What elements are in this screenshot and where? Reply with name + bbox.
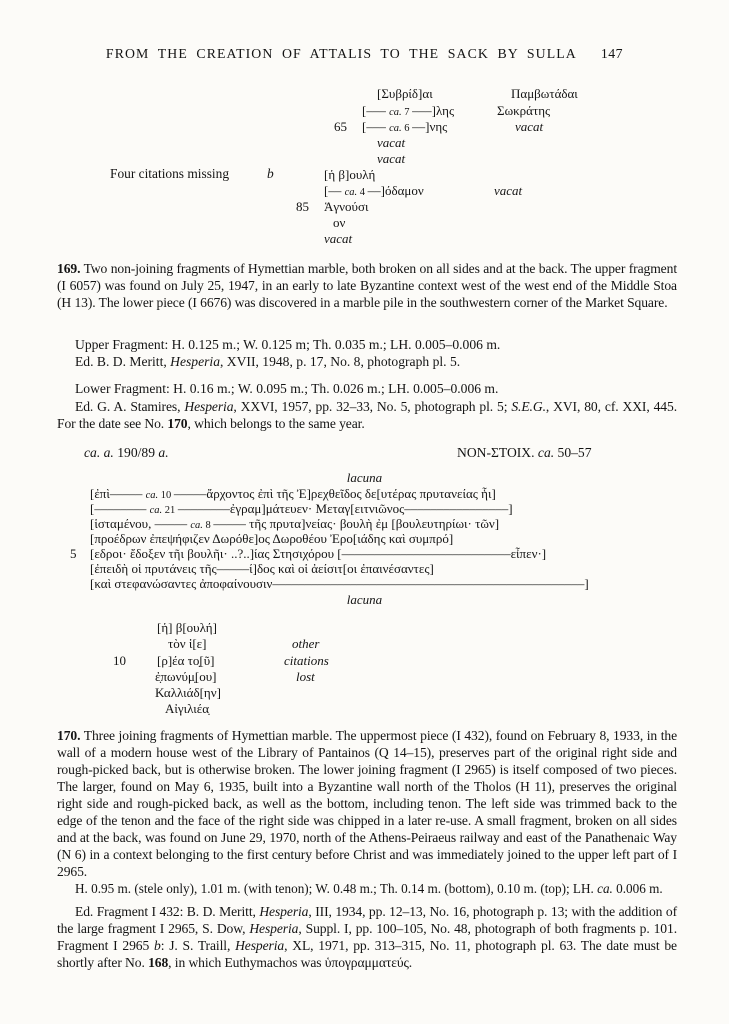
line-number: 85 (296, 199, 309, 215)
inscription-line: [–––––––– ca. 21 ––––––––ἐγραμ]μάτευεν· … (90, 501, 513, 517)
entry-number: 170. (57, 728, 80, 743)
citations-missing-note: Four citations missing (110, 166, 229, 182)
upper-fragment-edition: Ed. B. D. Meritt, Hesperia, XVII, 1948, … (75, 354, 460, 370)
ca-label: ca. (345, 187, 358, 198)
greek-citation: Αἰγιλιέα̣ (165, 701, 209, 717)
page-title: FROM THE CREATION OF ATTALIS TO THE SACK… (106, 46, 577, 61)
greek-citation: ον (333, 215, 345, 231)
greek-citation: [ἡ β]ουλή (324, 167, 375, 183)
greek-citation: [–– ca. 4 ––]όδαμον (324, 183, 424, 199)
vacat-label: vacat (515, 119, 543, 135)
citations-lost-note: other (292, 636, 319, 652)
line-number: 10 (113, 653, 126, 669)
fragment-letter: b (154, 938, 161, 953)
entry-reference: 170 (167, 416, 187, 431)
lower-fragment-dimensions: Lower Fragment: H. 0.16 m.; W. 0.095 m.;… (75, 381, 498, 397)
journal-title: Hesperia (259, 904, 308, 919)
entry-reference: 168 (148, 955, 168, 970)
running-head: FROM THE CREATION OF ATTALIS TO THE SACK… (0, 46, 729, 62)
ca-label: ca. (190, 520, 203, 531)
ca-label: ca. (150, 505, 163, 516)
entry-number: 169. (57, 261, 80, 276)
greek-citation: Παμβωτάδαι (511, 86, 578, 102)
greek-citation: [ρ]έα το̣[ῦ] (157, 653, 214, 669)
inscription-line: [καὶ στεφανώσαντες ἀποφαίνουσιν–––––––––… (90, 576, 589, 592)
vacat-label: vacat (377, 151, 405, 167)
greek-citation: [––– ca. 6 ––]νης (362, 119, 447, 135)
stoichedon-note: ΝΟΝ-ΣΤΟΙΧ. ca. 50–57 (457, 445, 592, 461)
greek-citation: Σωκράτης (497, 103, 550, 119)
seg-abbreviation: S.E.G. (511, 399, 546, 414)
page-number: 147 (601, 46, 623, 61)
citations-lost-note: citations (284, 653, 329, 669)
ca-label: ca. (389, 123, 402, 134)
entry-170-edition: Ed. Fragment I 432: B. D. Meritt, Hesper… (57, 903, 677, 971)
lacuna-label: lacuna (0, 592, 729, 608)
greek-citation: [ἡ] β[ουλή] (157, 620, 217, 636)
journal-title: Hesperia (170, 354, 220, 369)
fragment-letter: b (267, 166, 274, 182)
document-page: FROM THE CREATION OF ATTALIS TO THE SACK… (0, 0, 729, 1024)
greek-citation: [Συβρίδ]αι (377, 86, 433, 102)
vacat-label: vacat (377, 135, 405, 151)
greek-citation: τὸν ἱ[ε] (168, 636, 206, 652)
inscription-line: [ἐπειδὴ οἱ πρυτάνεις τῆς–––––ί]δος καὶ ο… (90, 561, 434, 577)
entry-169-paragraph: 169. Two non-joining fragments of Hymett… (57, 260, 677, 311)
line-number: 65 (334, 119, 347, 135)
lower-fragment-edition: Ed. G. A. Stamires, Hesperia, XXVI, 1957… (57, 398, 677, 432)
upper-fragment-dimensions: Upper Fragment: H. 0.125 m.; W. 0.125 m;… (75, 337, 500, 353)
lacuna-label: lacuna (0, 470, 729, 486)
greek-citation: ἐ̣πωνύμ̣[ου] (155, 669, 216, 685)
inscription-line: [ἐπὶ––––– ca. 10 –––––ἄρχοντος ἐπὶ τῆς Ἐ… (90, 486, 496, 502)
date-attribution: ca. a. 190/89 a. (84, 445, 169, 461)
journal-title: Hesperia (249, 921, 298, 936)
ca-label: ca. (389, 107, 402, 118)
inscription-line: [ἱσταμένου, ––––– ca. 8 ––––– τῆς πρυτα]… (90, 516, 499, 532)
journal-title: Hesperia (184, 399, 233, 414)
line-number: 5 (70, 546, 77, 562)
greek-citation: [––– ca. 7 –––]λης (362, 103, 454, 119)
inscription-line: [προέδρων ἐπεψήφιζεν Δωρόθε]ος Δωροθέου … (90, 531, 453, 547)
journal-title: Hesperia (235, 938, 284, 953)
citations-lost-note: lost (296, 669, 315, 685)
entry-170-paragraph: 170. Three joining fragments of Hymettia… (57, 727, 677, 880)
greek-citation: Καλλιάδ[ην] (155, 685, 221, 701)
ca-label: ca. (146, 490, 159, 501)
entry-170-dimensions: H. 0.95 m. (stele only), 1.01 m. (with t… (75, 881, 663, 897)
greek-citation: Ἁγνούσι (324, 199, 368, 215)
inscription-line: [εδροι· ἔδοξεν τῆι βουλῆι· ..?..]ίας Στη… (90, 546, 546, 562)
vacat-label: vacat (494, 183, 522, 199)
vacat-label: vacat (324, 231, 352, 247)
